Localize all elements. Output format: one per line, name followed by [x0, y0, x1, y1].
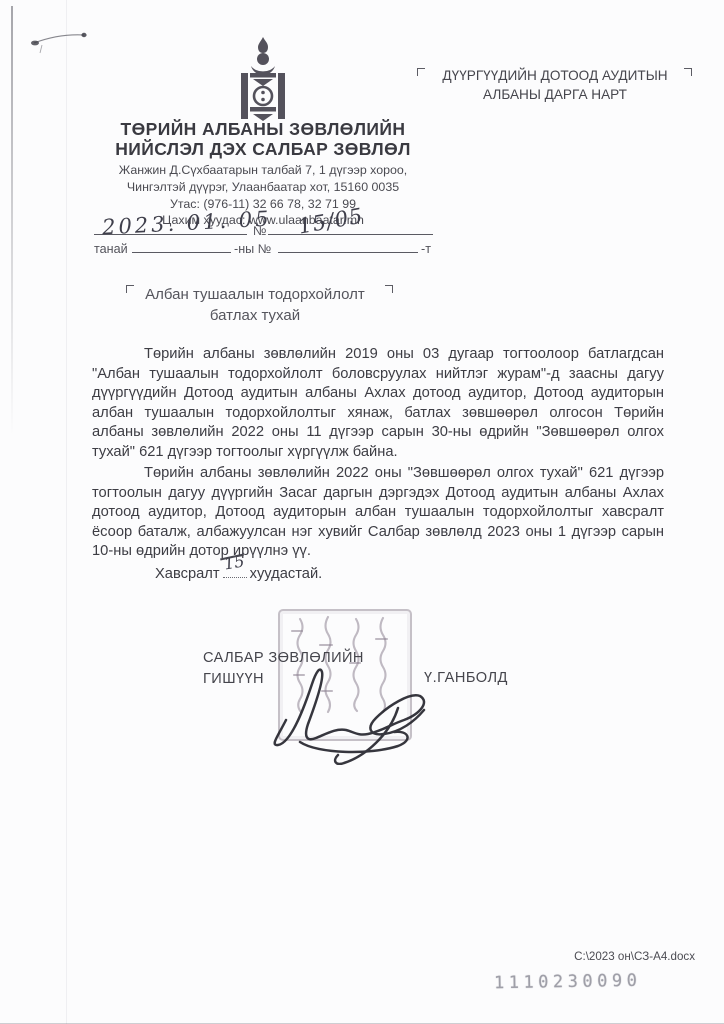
org-name-line1: ТӨРИЙН АЛБАНЫ ЗӨВЛӨЛИЙН — [62, 119, 464, 139]
reply-suffix: -т — [421, 242, 431, 256]
reply-mid: -ны № — [234, 242, 271, 256]
subject-block: Албан тушаалын тодорхойлолт батлах тухай — [130, 284, 380, 326]
attachment-note: Хавсралт15хуудастай. — [155, 565, 322, 582]
org-name-line2: НИЙСЛЭЛ ДЭХ САЛБАР ЗӨВЛӨЛ — [62, 139, 464, 159]
scan-edge-artifact — [11, 6, 13, 436]
signature-stroke — [248, 650, 438, 765]
reply-prefix: танай — [94, 242, 128, 256]
staple-mark-icon — [26, 26, 98, 56]
scanned-letter-page: ТӨРИЙН АЛБАНЫ ЗӨВЛӨЛИЙН НИЙСЛЭЛ ДЭХ САЛБ… — [0, 0, 724, 1024]
footer-serial-number: 1110230090 — [494, 971, 642, 994]
corner-bracket-icon — [385, 285, 393, 293]
attachment-pages-slot: 15 — [223, 565, 247, 578]
reply-line-2 — [278, 238, 418, 253]
recipient-block: ДҮҮРГҮҮДИЙН ДОТООД АУДИТЫН АЛБАНЫ ДАРГА … — [420, 67, 690, 104]
subject-line1: Албан тушаалын тодорхойлолт — [130, 284, 380, 305]
reply-line-1 — [132, 238, 231, 253]
attachment-prefix: Хавсралт — [155, 566, 220, 582]
body-paragraph-1: Төрийн албаны зөвлөлийн 2019 оны 03 дуга… — [92, 345, 664, 462]
org-name: ТӨРИЙН АЛБАНЫ ЗӨВЛӨЛИЙН НИЙСЛЭЛ ДЭХ САЛБ… — [62, 119, 464, 159]
recipient-line2: АЛБАНЫ ДАРГА НАРТ — [420, 86, 690, 105]
body-paragraph-2: Төрийн албаны зөвлөлийн 2022 оны "Зөвшөө… — [92, 464, 664, 562]
soyombo-emblem-icon — [234, 37, 292, 121]
subject-line2: батлах тухай — [130, 305, 380, 326]
recipient-line1: ДҮҮРГҮҮДИЙН ДОТООД АУДИТЫН — [420, 67, 690, 86]
address-line1: Жанжин Д.Сүхбаатарын талбай 7, 1 дүгээр … — [62, 162, 464, 179]
footer-file-path: C:\2023 он\СЗ-А4.docx — [395, 950, 695, 963]
address-line2: Чингэлтэй дүүрэг, Улаанбаатар хот, 15160… — [62, 179, 464, 196]
attachment-suffix: хуудастай. — [250, 566, 323, 582]
